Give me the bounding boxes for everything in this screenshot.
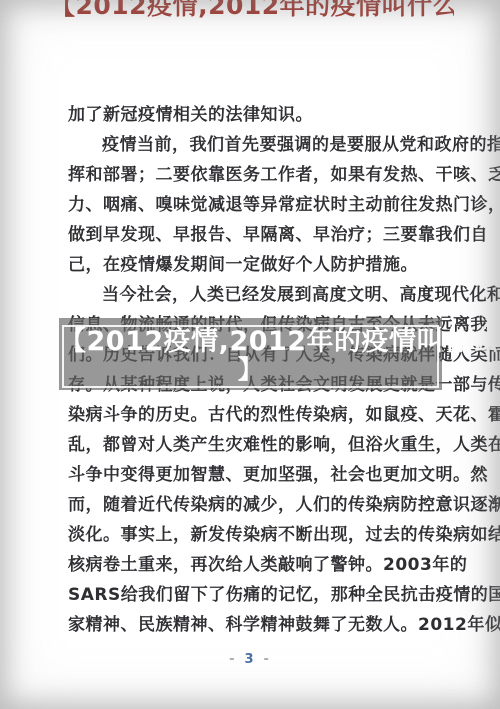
page-number-dash-right: - [264, 652, 271, 667]
watermark-title-line2: 】 [59, 356, 442, 383]
body-line: 加了新冠疫情相关的法律知识。 [68, 100, 443, 130]
watermark-band: 【2012疫情,2012年的疫情叫什么 】 [59, 318, 442, 390]
body-line: 挥和部署；二要依靠医务工作者，如果有发热、干咳、乏 [68, 160, 443, 190]
body-line: 而，随着近代传染病的减少，人们的传染病防控意识逐渐 [68, 490, 443, 520]
page-number: -3- [0, 652, 500, 667]
body-line: 力、咽痛、嗅味觉减退等异常症状时主动前往发热门诊， [68, 190, 443, 220]
body-line: SARS给我们留下了伤痛的记忆，那种全民抗击疫情的国 [68, 580, 443, 610]
cropped-red-title-text: 【2012疫情,2012年的疫情叫什么】 [50, 0, 454, 18]
page-number-value: 3 [236, 652, 263, 667]
body-line: 斗争中变得更加智慧、更加坚强，社会也更加文明。然 [68, 460, 443, 490]
body-line: 己，在疫情爆发期间一定做好个人防护措施。 [68, 250, 443, 280]
body-line: 核病卷土重来，再次给人类敲响了警钟。2003年的 [68, 550, 443, 580]
watermark-title-line1: 【2012疫情,2012年的疫情叫什么 [59, 326, 499, 357]
document-page: 【2012疫情,2012年的疫情叫什么】 加了新冠疫情相关的法律知识。 疫情当前… [0, 0, 500, 709]
body-line: 染病斗争的历史。古代的烈性传染病，如鼠疫、天花、霍 [68, 400, 443, 430]
cropped-red-title-fragment: 【2012疫情,2012年的疫情叫什么】 [50, 0, 454, 18]
body-line: 疫情当前，我们首先要强调的是要服从党和政府的指 [68, 130, 443, 160]
watermark-title: 【2012疫情,2012年的疫情叫什么 】 [59, 327, 442, 383]
body-line: 乱，都曾对人类产生灾难性的影响，但浴火重生，人类在 [68, 430, 443, 460]
body-line: 家精神、民族精神、科学精神鼓舞了无数人。2012年似 [68, 610, 443, 640]
body-line: 淡化。事实上，新发传染病不断出现，过去的传染病如结 [68, 520, 443, 550]
body-line: 做到早发现、早报告、早隔离、早治疗；三要靠我们自 [68, 220, 443, 250]
body-line: 当今社会，人类已经发展到高度文明、高度现代化和 [68, 280, 443, 310]
